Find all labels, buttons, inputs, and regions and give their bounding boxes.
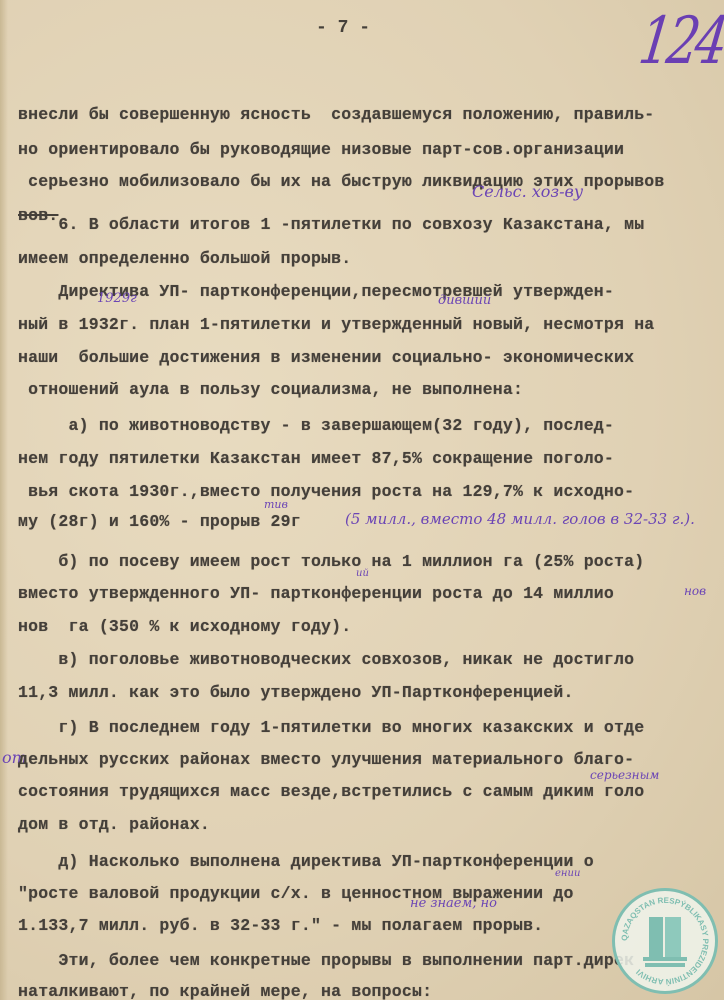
- text-line: му (28г) и 160% - прорыв 29г: [18, 512, 301, 531]
- text-line: имеем определенно большой прорыв.: [18, 249, 351, 268]
- folio-number-handwritten: 124: [635, 3, 724, 78]
- text-line: наталкивают, по крайней мере, на вопросы…: [18, 982, 432, 1000]
- text-line: а) по животноводству - в завершающем(32 …: [18, 416, 614, 435]
- text-line: нем году пятилетки Казакстан имеет 87,5%…: [18, 449, 614, 468]
- text-line: 6. В области итогов 1 -пятилетки по совх…: [18, 215, 644, 234]
- handwritten-correction: дивший: [438, 293, 491, 308]
- text-line: 11,3 милл. как это было утверждено УП-Па…: [18, 683, 574, 702]
- text-line: вместо утвержденного УП- партконференции…: [18, 584, 614, 603]
- text-line: г) В последнем году 1-пятилетки во многи…: [18, 718, 644, 737]
- text-line: отношений аула в пользу социализма, не в…: [18, 380, 523, 399]
- text-line: нов га (350 % к исходному году).: [18, 617, 351, 636]
- text-line: дельных русских районах вместо улучшения…: [18, 750, 634, 769]
- handwritten-correction: ий: [356, 568, 369, 579]
- handwritten-correction: серьезным: [590, 768, 659, 782]
- handwritten-note: (5 милл., вместо 48 милл. голов в 32-33 …: [345, 510, 695, 528]
- archive-building-icon: QAZAQSTAN RESPÝBLIKASY PREZIDENTINIŃ ARH…: [615, 891, 715, 991]
- text-line: внесли бы совершенную ясность создавшему…: [18, 105, 654, 124]
- svg-text:QAZAQSTAN RESPÝBLIKASY PREZIDE: QAZAQSTAN RESPÝBLIKASY PREZIDENTINIŃ ARH…: [620, 896, 710, 986]
- archival-document-page: - 7 - 124 внесли бы совершенную ясность …: [0, 0, 724, 1000]
- text-line: состояния трудящихся масс везде,встретил…: [18, 782, 644, 801]
- handwritten-correction: тив: [264, 498, 288, 511]
- handwritten-insertion: не знаем, но: [410, 896, 497, 911]
- handwritten-correction: нов: [684, 584, 706, 598]
- text-line: в) поголовье животноводческих совхозов, …: [18, 650, 634, 669]
- handwritten-correction: Сельс. хоз-ву: [472, 182, 583, 201]
- text-line: но ориентировало бы руководящие низовые …: [18, 140, 624, 159]
- page-edge-shadow: [0, 0, 8, 1000]
- archive-stamp: QAZAQSTAN RESPÝBLIKASY PREZIDENTINIŃ ARH…: [612, 888, 718, 994]
- text-line: наши большие достижения в изменении соци…: [18, 348, 634, 367]
- text-line: 1.133,7 милл. руб. в 32-33 г." - мы пола…: [18, 916, 543, 935]
- text-line: дом в отд. районах.: [18, 815, 210, 834]
- text-line: вья скота 1930г.,вместо получения роста …: [18, 482, 634, 501]
- handwritten-correction: ении: [555, 868, 580, 879]
- text-line: Эти, более чем конкретные прорывы в выпо…: [18, 951, 634, 970]
- handwritten-correction: 1929г: [97, 291, 137, 306]
- page-number: - 7 -: [316, 18, 370, 38]
- text-line: ный в 1932г. план 1-пятилетки и утвержде…: [18, 315, 654, 334]
- text-line: д) Насколько выполнена директива УП-парт…: [18, 852, 594, 871]
- text-line: б) по посеву имеем рост только на 1 милл…: [18, 552, 644, 571]
